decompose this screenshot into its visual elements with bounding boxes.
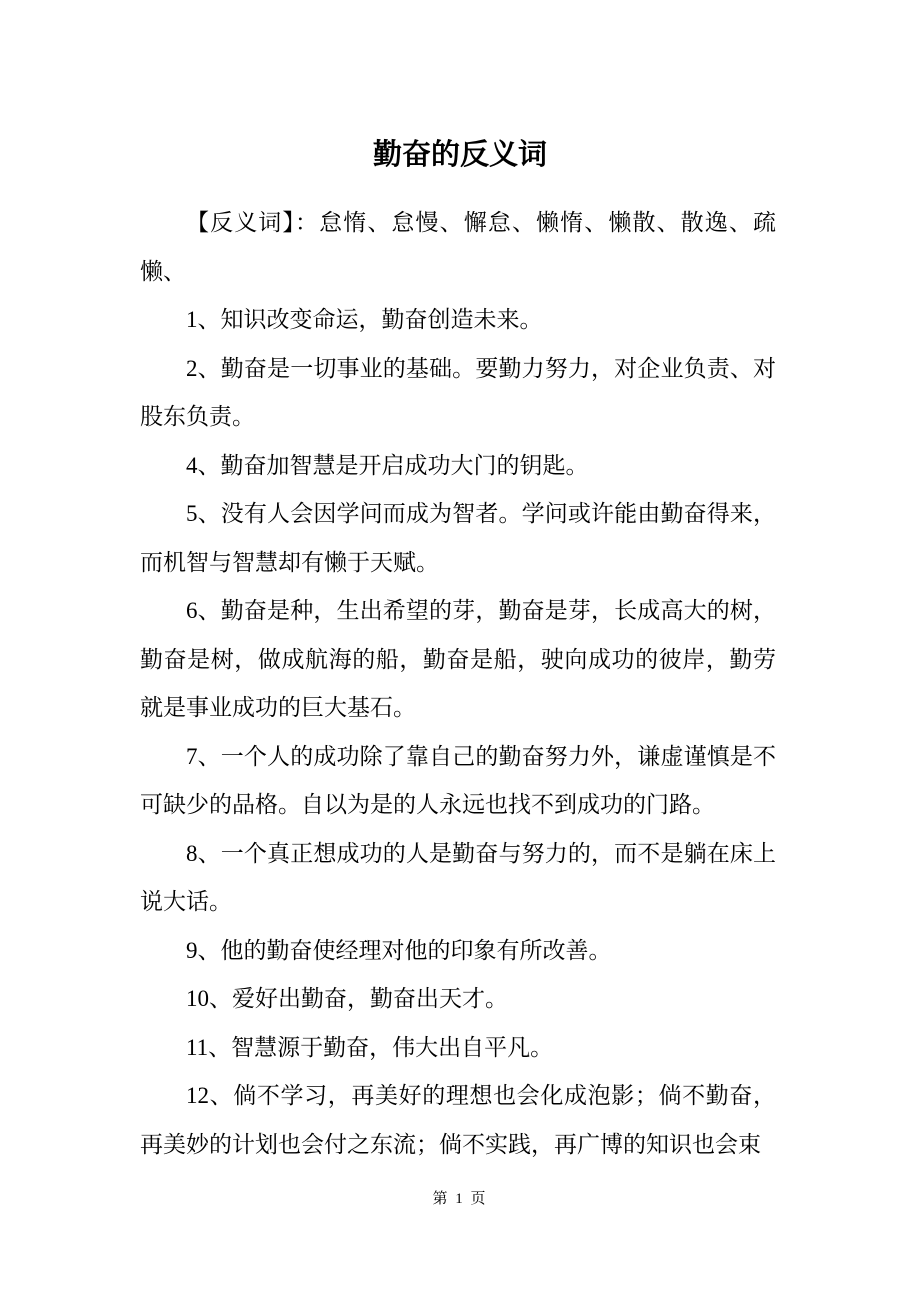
sentence-item-12: 12、倘不学习，再美好的理想也会化成泡影；倘不勤奋，再美妙的计划也会付之东流；倘…	[140, 1072, 776, 1169]
document-page: 勤奋的反义词 【反义词】：怠惰、怠慢、懈怠、懒惰、懒散、散逸、疏懒、 1、知识改…	[0, 0, 920, 1302]
sentence-item-1: 1、知识改变命运，勤奋创造未来。	[140, 296, 776, 345]
sentence-item-11: 11、智慧源于勤奋，伟大出自平凡。	[140, 1024, 776, 1073]
document-body: 【反义词】：怠惰、怠慢、懈怠、懒惰、懒散、散逸、疏懒、 1、知识改变命运，勤奋创…	[140, 199, 776, 1169]
sentence-item-6: 6、勤奋是种，生出希望的芽，勤奋是芽，长成高大的树，勤奋是树，做成航海的船，勤奋…	[140, 587, 776, 733]
sentence-item-10: 10、爱好出勤奋，勤奋出天才。	[140, 975, 776, 1024]
sentence-item-2: 2、勤奋是一切事业的基础。要勤力努力，对企业负责、对股东负责。	[140, 345, 776, 442]
sentence-item-4: 4、勤奋加智慧是开启成功大门的钥匙。	[140, 442, 776, 491]
antonyms-intro-paragraph: 【反义词】：怠惰、怠慢、懈怠、懒惰、懒散、散逸、疏懒、	[140, 199, 776, 296]
sentence-item-7: 7、一个人的成功除了靠自己的勤奋努力外，谦虚谨慎是不可缺少的品格。自以为是的人永…	[140, 733, 776, 830]
sentence-item-5: 5、没有人会因学问而成为智者。学问或许能由勤奋得来，而机智与智慧却有懒于天赋。	[140, 490, 776, 587]
sentence-item-9: 9、他的勤奋使经理对他的印象有所改善。	[140, 927, 776, 976]
sentence-item-8: 8、一个真正想成功的人是勤奋与努力的，而不是躺在床上说大话。	[140, 830, 776, 927]
page-number: 第 1 页	[0, 1190, 920, 1208]
document-title: 勤奋的反义词	[0, 0, 920, 170]
